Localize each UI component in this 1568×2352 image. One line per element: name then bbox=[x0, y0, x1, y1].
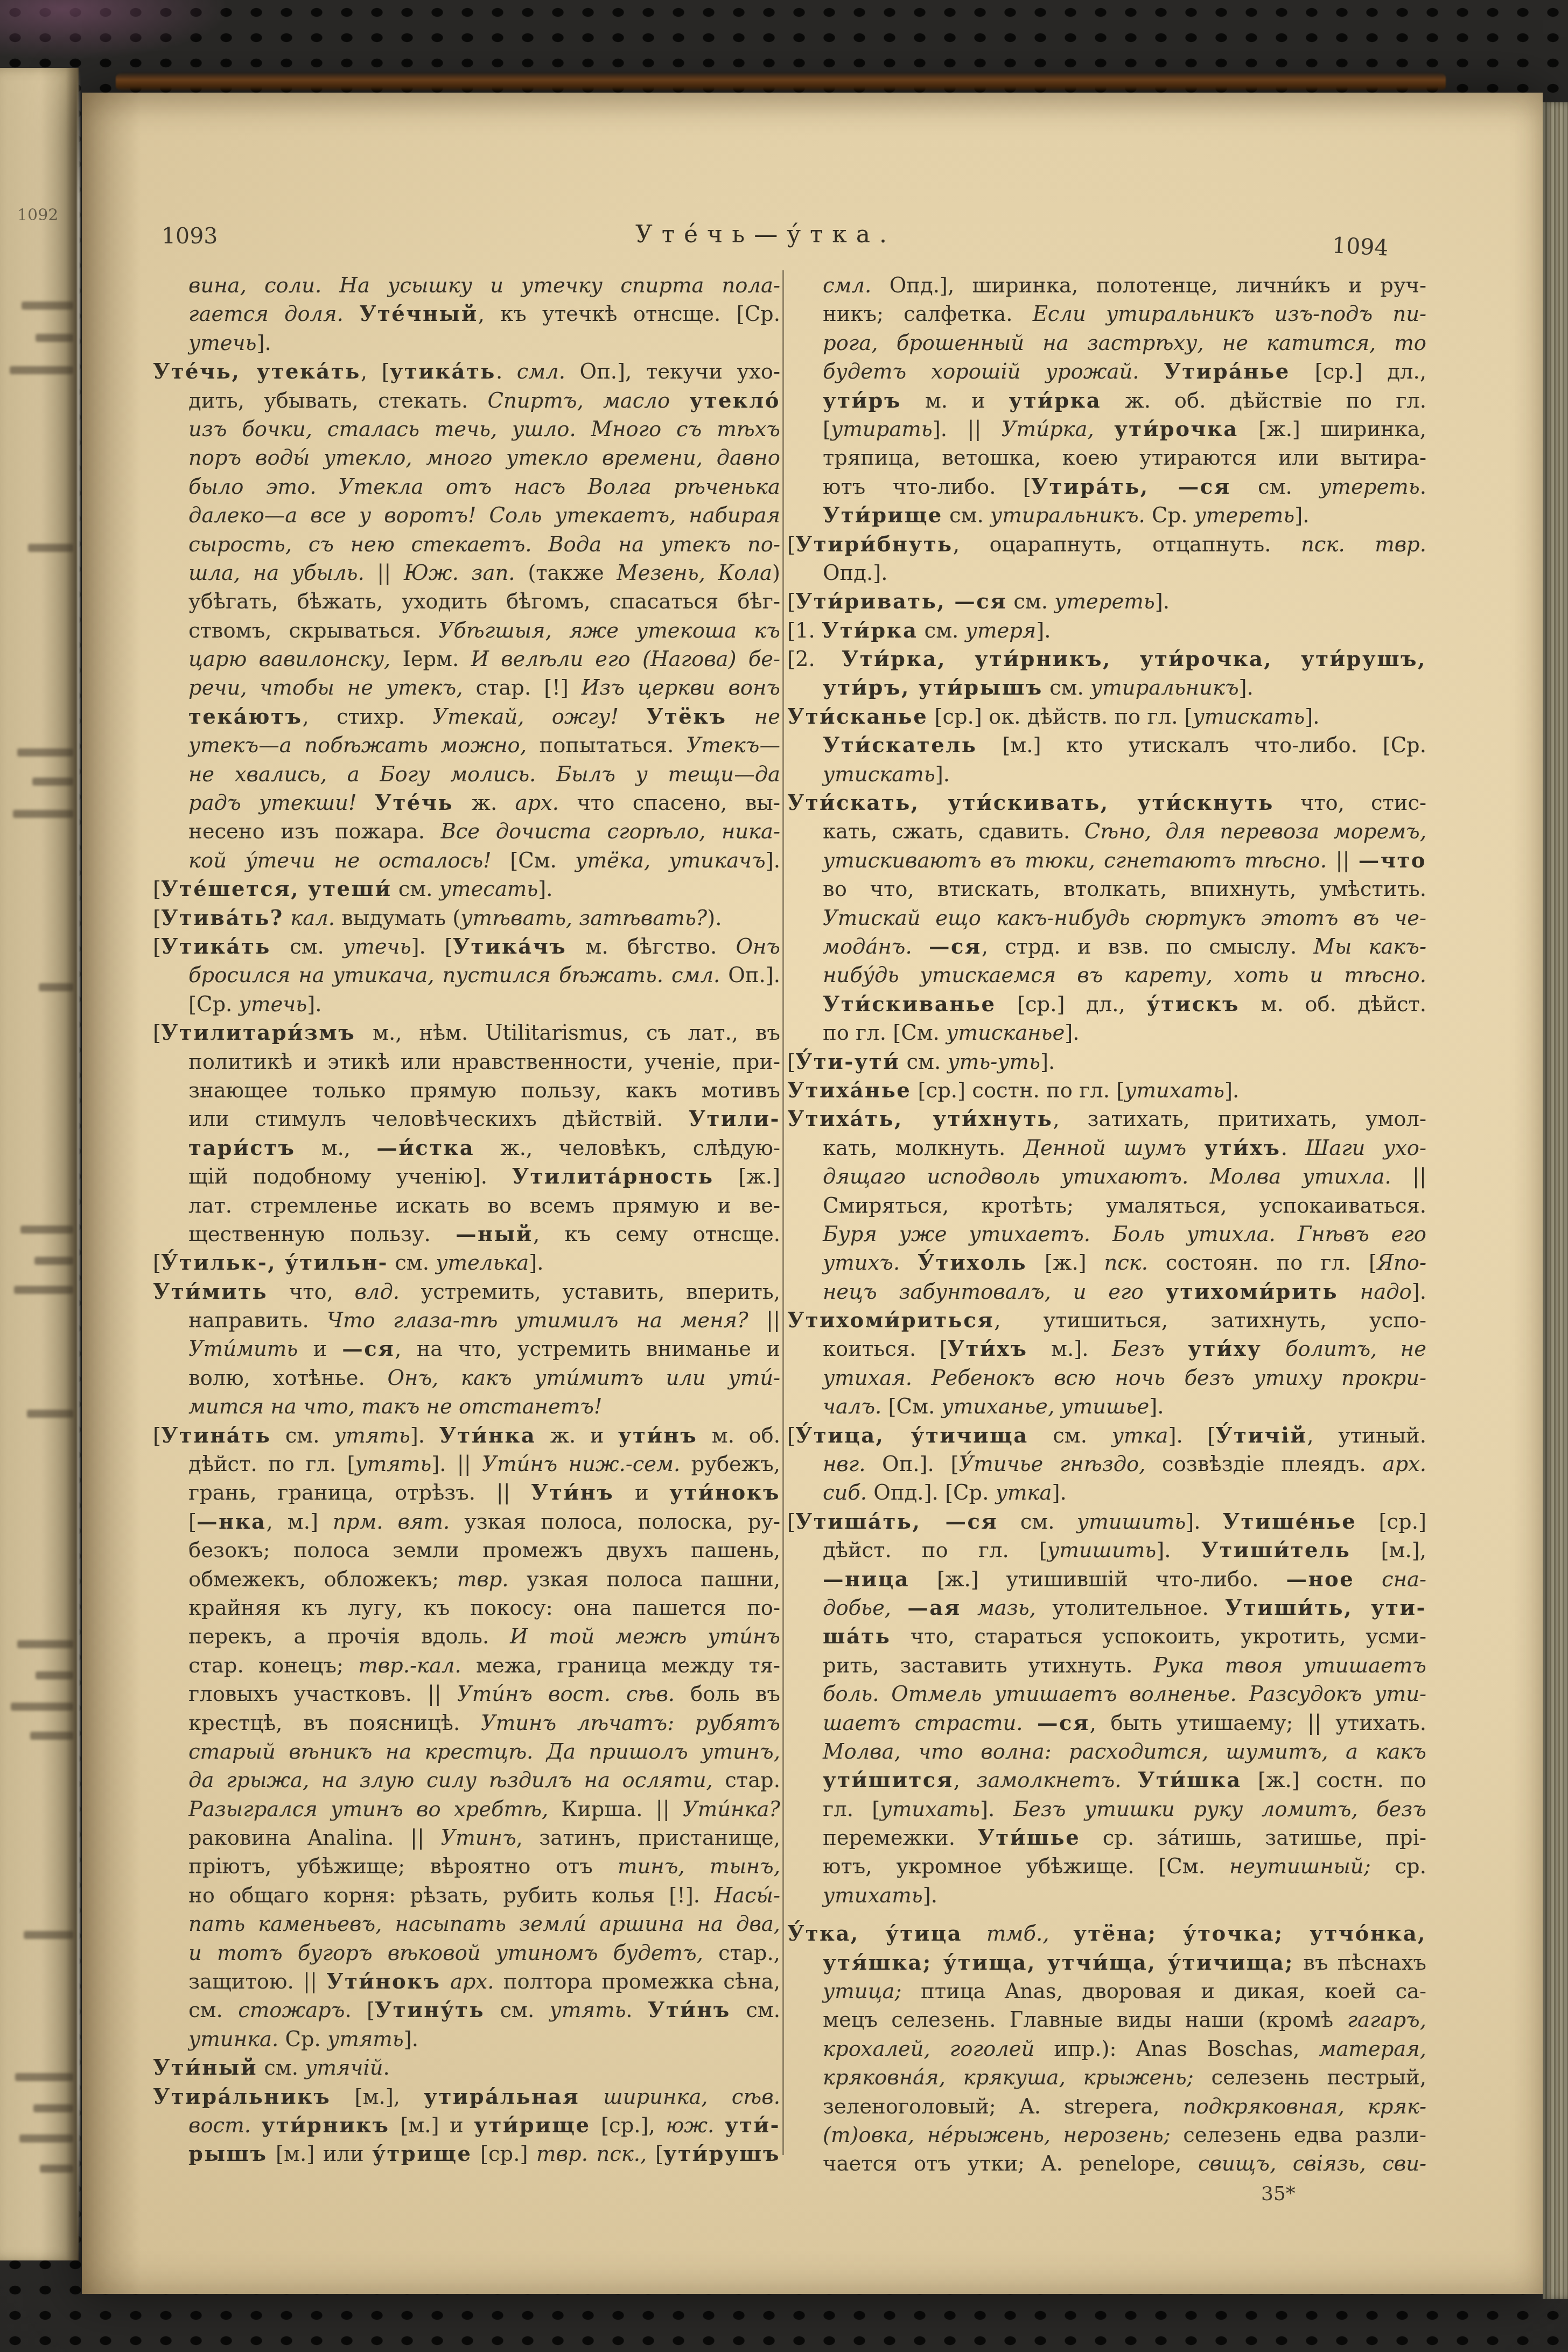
text-line: утя́шка; у́тища, утчи́ща, у́тичища; въ п… bbox=[787, 1949, 1426, 1977]
text-line: утинка. Ср. утять]. bbox=[153, 2025, 780, 2054]
text-line: гается доля. Уте́чный, къ утечкѣ отнсще.… bbox=[153, 300, 780, 328]
text-line: Ути́мить и —ся, на что, устремить вниман… bbox=[153, 1335, 780, 1363]
facing-page-edge: 1092 bbox=[0, 68, 79, 2260]
facing-page-smudge bbox=[32, 778, 73, 786]
text-line: [Утири́бнуть, оцарапнуть, отцапнуть. пск… bbox=[787, 530, 1426, 559]
leather-spine-edge bbox=[116, 72, 1446, 92]
text-line: крайняя къ лугу, къ покосу: она пашется … bbox=[153, 1594, 780, 1622]
text-line: Утира́льникъ [м.], утира́льная ширинка, … bbox=[153, 2083, 780, 2111]
text-line: вост. ути́рникъ [м.] и ути́рище [ср.], ю… bbox=[153, 2111, 780, 2140]
text-line: политикѣ и этикѣ или нравственности, уче… bbox=[153, 1048, 780, 1076]
text-line: тряпица, ветошка, коею утираются или выт… bbox=[787, 444, 1426, 472]
gutter-highlight bbox=[77, 69, 80, 2262]
text-line: сиб. Опд.]. [Ср. утка]. bbox=[787, 1479, 1426, 1507]
facing-page-smudge bbox=[10, 366, 73, 374]
facing-page-smudge bbox=[36, 1671, 73, 1679]
text-line: [Утива́ть? кал. выдумать (утѣвать, затѣв… bbox=[153, 904, 780, 933]
text-line: [1. Ути́рка см. утеря]. bbox=[787, 617, 1426, 645]
text-line: щій подобному ученію]. Утилита́рность [ж… bbox=[153, 1163, 780, 1191]
text-line: убѣгать, бѣжать, уходить бѣгомъ, спасать… bbox=[153, 587, 780, 616]
facing-page-smudge bbox=[39, 983, 73, 991]
facing-page-smudge bbox=[30, 1732, 73, 1740]
text-line: Ути́рище см. утиральникъ. Ср. утереть]. bbox=[787, 501, 1426, 530]
text-line: во что, втискать, втолкать, впихнуть, ум… bbox=[787, 875, 1426, 904]
text-line: дѣйст. по гл. [утишить]. Утиши́тель [м.]… bbox=[787, 1536, 1426, 1565]
facing-page-smudge bbox=[14, 1286, 73, 1294]
text-line: (т)овка, не́рыжень, нерозень; селезень е… bbox=[787, 2121, 1426, 2150]
facing-page-smudge bbox=[22, 302, 73, 310]
text-line: У́тка, у́тица тмб., утёна; у́точка; утчо… bbox=[787, 1920, 1426, 1948]
text-line: Ути́скать, ути́скивать, ути́скнуть что, … bbox=[787, 789, 1426, 817]
text-line: утихая. Ребенокъ всю ночь безъ утиху про… bbox=[787, 1364, 1426, 1392]
text-line: [Утина́ть см. утять]. Ути́нка ж. и ути́н… bbox=[153, 1422, 780, 1450]
text-line: Ути́сканье [ср.] ок. дѣйств. по гл. [ути… bbox=[787, 703, 1426, 731]
text-line: сырость, съ нею стекаетъ. Вода на утекъ … bbox=[153, 530, 780, 559]
text-line: дить, убывать, стекать. Спиртъ, масло ут… bbox=[153, 387, 780, 415]
text-line: раковина Analina. || Утинъ, затинъ, прис… bbox=[153, 1824, 780, 1852]
text-line: [Утика́ть см. утечь]. [Утика́чъ м. бѣгст… bbox=[153, 933, 780, 961]
text-line: дящаго исподволь утихаютъ. Молва утихла.… bbox=[787, 1163, 1426, 1191]
facing-page-smudge bbox=[15, 2073, 73, 2081]
text-line: ствомъ, скрываться. Убѣгшыя, яже утекоша… bbox=[153, 617, 780, 645]
text-line: далеко—а все у воротъ! Соль утекаетъ, на… bbox=[153, 501, 780, 530]
text-line: гловыхъ участковъ. || Ути́нъ вост. сѣв. … bbox=[153, 1680, 780, 1709]
text-line: тека́ютъ, стихр. Утекай, ожгу! Утёкъ не bbox=[153, 703, 780, 731]
text-line: бросился на утикача, пустился бѣжать. см… bbox=[153, 961, 780, 990]
facing-page-smudge bbox=[34, 1257, 73, 1265]
text-line: Утиха́ть, ути́хнуть, затихать, притихать… bbox=[787, 1105, 1426, 1133]
text-line: [2. Ути́рка, ути́рникъ, ути́рочка, ути́р… bbox=[787, 645, 1426, 674]
text-line: пріютъ, убѣжище; вѣроятно отъ тинъ, тынъ… bbox=[153, 1852, 780, 1881]
text-line: направить. Что глаза-тѣ утимилъ на меня?… bbox=[153, 1306, 780, 1335]
text-line: утекъ—а побѣжать можно, попытаться. Утек… bbox=[153, 731, 780, 760]
text-line: рышъ [м.] или у́трище [ср.] твр. пск., [… bbox=[153, 2140, 780, 2168]
facing-page-smudge bbox=[27, 1410, 73, 1418]
book-scan-scene: 1092 1093 Уте́чь—у́тка. 1094 вина, соли.… bbox=[0, 0, 1568, 2352]
text-line: нибу́дь утискаемся въ карету, хоть и тѣс… bbox=[787, 961, 1426, 990]
facing-page-smudge bbox=[28, 544, 73, 552]
text-line: кой у́течи не осталось! [См. утёка, утик… bbox=[153, 846, 780, 875]
facing-page-smudge bbox=[36, 334, 73, 342]
text-line: ша́ть что, стараться успокоить, укротить… bbox=[787, 1622, 1426, 1651]
column-divider-rule bbox=[782, 270, 784, 2155]
text-line: и тотъ бугоръ вѣковой утиномъ будетъ, ст… bbox=[153, 1939, 780, 1968]
facing-page-smudge bbox=[20, 1226, 73, 1234]
text-line: лат. стремленье искать во всемъ прямую и… bbox=[153, 1192, 780, 1220]
fore-edge-stripes bbox=[1543, 102, 1568, 2299]
text-line: см. стожаръ. [Утину́ть см. утять. Ути́нъ… bbox=[153, 1996, 780, 2025]
text-column-1093: вина, соли. На усышку и утечку спирта по… bbox=[153, 271, 780, 2169]
text-line: боль. Отмель утишаетъ волненье. Разсудок… bbox=[787, 1680, 1426, 1709]
text-line: тари́стъ м., —и́стка ж., человѣкъ, слѣду… bbox=[153, 1134, 780, 1163]
text-line: да грыжа, на злую силу ѣздилъ на осляти,… bbox=[153, 1766, 780, 1795]
facing-page-smudge bbox=[17, 748, 73, 757]
facing-page-smudge bbox=[19, 2134, 73, 2143]
text-line: Ути́скиванье [ср.] дл., у́тискъ м. об. д… bbox=[787, 990, 1426, 1019]
text-line: [У́ти-ути́ см. уть-уть]. bbox=[787, 1048, 1426, 1076]
text-line: стар. конецъ; твр.-кал. межа, граница ме… bbox=[153, 1651, 780, 1680]
facing-page-smudge bbox=[17, 1640, 73, 1648]
text-line: царю вавилонску, Іерм. И велѣли его (Наг… bbox=[153, 645, 780, 674]
text-line: Ути́ный см. утячій. bbox=[153, 2054, 780, 2082]
text-line: Утискай ещо какъ-нибудь сюртукъ этотъ въ… bbox=[787, 904, 1426, 933]
text-line: никъ; салфетка. Если утиральникъ изъ-под… bbox=[787, 300, 1426, 328]
text-line: перемежки. Ути́шье ср. за́тишь, затишье,… bbox=[787, 1824, 1426, 1852]
text-line: Молва, что волна: расходится, шумитъ, а … bbox=[787, 1738, 1426, 1766]
text-line: шла, на убыль. || Юж. зап. (также Мезень… bbox=[153, 559, 780, 587]
text-line: Смиряться, кротѣть; умаляться, успокаива… bbox=[787, 1192, 1426, 1220]
text-line: коиться. [Ути́хъ м.]. Безъ ути́ху болитъ… bbox=[787, 1335, 1426, 1363]
text-line: утечь]. bbox=[153, 329, 780, 358]
text-line: крохалей, гоголей ипр.): Anas Boschas, м… bbox=[787, 2035, 1426, 2063]
text-line: добье, —ая мазь, утолительное. Утиши́ть,… bbox=[787, 1594, 1426, 1622]
text-line: безокъ; полоса земли промежъ двухъ пашен… bbox=[153, 1536, 780, 1565]
text-line: рога, брошенный на застрѣху, не катится,… bbox=[787, 329, 1426, 358]
facing-page-smudge bbox=[11, 1703, 73, 1711]
text-line: или стимулъ человѣческихъ дѣйствій. Утил… bbox=[153, 1105, 780, 1133]
text-line: Ути́скатель [м.] кто утискалъ что-либо. … bbox=[787, 731, 1426, 760]
text-line: Уте́чь, утека́ть, [утика́ть. смл. Оп.], … bbox=[153, 358, 780, 386]
text-line: щественную пользу. —ный, къ сему отнсще. bbox=[153, 1220, 780, 1249]
text-line: зеленоголовый; A. strepera, подкряковная… bbox=[787, 2092, 1426, 2121]
text-line: Опд.]. bbox=[787, 559, 1426, 587]
text-line: чалъ. [См. утиханье, утишье]. bbox=[787, 1392, 1426, 1421]
text-line: несено изъ пожара. Все дочиста сгорѣло, … bbox=[153, 817, 780, 846]
text-line: защитою. || Ути́нокъ арх. полтора промеж… bbox=[153, 1968, 780, 1996]
facing-page-smudge bbox=[13, 810, 73, 818]
text-line: шаетъ страсти. —ся, быть утишаему; || ут… bbox=[787, 1709, 1426, 1738]
dictionary-page: 1093 Уте́чь—у́тка. 1094 вина, соли. На у… bbox=[82, 93, 1543, 2294]
text-line: кать, молкнуть. Денной шумъ ути́хъ. Шаги… bbox=[787, 1134, 1426, 1163]
text-line: смл. Опд.], ширинка, полотенце, лични́къ… bbox=[787, 271, 1426, 300]
text-line: речи, чтобы не утекъ, стар. [!] Изъ церк… bbox=[153, 674, 780, 702]
facing-page-smudge bbox=[24, 1931, 73, 1939]
text-line: обмежекъ, обложекъ; твр. узкая полоса па… bbox=[153, 1565, 780, 1594]
signature-mark: 35* bbox=[1261, 2183, 1296, 2205]
text-line: утихъ. У́тихоль [ж.] пск. состоян. по гл… bbox=[787, 1249, 1426, 1277]
text-line: ути́ръ м. и ути́рка ж. об. дѣйствіе по г… bbox=[787, 387, 1426, 415]
facing-page-smudge bbox=[40, 2165, 73, 2173]
text-line: рить, заставить утихнуть. Рука твоя утиш… bbox=[787, 1651, 1426, 1680]
text-line: [Утилитари́змъ м., нѣм. Utilitarismus, с… bbox=[153, 1019, 780, 1047]
text-line: [—нка, м.] прм. вят. узкая полоса, полос… bbox=[153, 1508, 780, 1536]
text-line: пать каменьевъ, насыпать земли́ аршина н… bbox=[153, 1910, 780, 1938]
text-line: Разыгрался утинъ во хребтѣ, Кирша. || Ут… bbox=[153, 1795, 780, 1824]
text-line: [У́тильк-, у́тильн- см. утелька]. bbox=[153, 1249, 780, 1277]
text-line: —ница [ж.] утишившій что-либо. —ное сна- bbox=[787, 1565, 1426, 1594]
text-line: кать, сжать, сдавить. Сѣно, для перевоза… bbox=[787, 817, 1426, 846]
text-line: утискиваютъ въ тюки, сгнетаютъ тѣсно. ||… bbox=[787, 846, 1426, 875]
text-line: [Ср. утечь]. bbox=[153, 990, 780, 1019]
page-number-right: 1094 bbox=[1332, 232, 1389, 261]
text-line: мится на что, такъ не отстанетъ! bbox=[153, 1392, 780, 1421]
text-line: старый вѣникъ на крестцѣ. Да пришолъ ути… bbox=[153, 1738, 780, 1766]
text-line: дѣйст. по гл. [утять]. || Ути́нъ ниж.-се… bbox=[153, 1450, 780, 1479]
text-line: [У́тица, у́тичища см. утка]. [У́тичій, у… bbox=[787, 1422, 1426, 1450]
text-line: перекъ, а прочія вдоль. И той межѣ ути́н… bbox=[153, 1622, 780, 1651]
text-line: Ути́мить что, влд. устремить, уставить, … bbox=[153, 1278, 780, 1306]
text-line: кряковна́я, крякуша, крыжень; селезень п… bbox=[787, 2063, 1426, 2092]
facing-page-smudge bbox=[33, 2104, 73, 2112]
text-line: грань, граница, отрѣзъ. || Ути́нъ и ути́… bbox=[153, 1479, 780, 1507]
text-line: [Утиша́ть, —ся см. утишить]. Утише́нье [… bbox=[787, 1508, 1426, 1536]
text-line: знающее только прямую пользу, какъ мотив… bbox=[153, 1076, 780, 1105]
text-line: вина, соли. На усышку и утечку спирта по… bbox=[153, 271, 780, 300]
text-line: волю, хотѣнье. Онъ, какъ ути́митъ или ут… bbox=[153, 1364, 780, 1392]
text-line: [Уте́шется, утеши́ см. утесать]. bbox=[153, 875, 780, 904]
text-line: Утиха́нье [ср.] состн. по гл. [утихать]. bbox=[787, 1076, 1426, 1105]
text-line: Буря уже утихаетъ. Боль утихла. Гнѣвъ ег… bbox=[787, 1220, 1426, 1249]
text-line: чается отъ утки; A. penelope, свищъ, сві… bbox=[787, 2150, 1426, 2178]
text-line: утискать]. bbox=[787, 760, 1426, 789]
text-line: крестцѣ, въ поясницѣ. Утинъ лѣчатъ: рубя… bbox=[153, 1709, 780, 1738]
text-line: было это. Утекла отъ насъ Волга рѣченька bbox=[153, 473, 780, 501]
text-column-1094: смл. Опд.], ширинка, полотенце, лични́къ… bbox=[787, 271, 1426, 2179]
text-line: по гл. [См. утисканье]. bbox=[787, 1019, 1426, 1047]
text-line: но общаго корня: рѣзать, рубить колья [!… bbox=[153, 1881, 780, 1910]
text-line: нвг. Оп.]. [У́тичье гнѣздо, созвѣздіе пл… bbox=[787, 1450, 1426, 1479]
running-title: Уте́чь—у́тка. bbox=[82, 221, 1450, 248]
text-line: поръ воды́ утекло, много утекло времени,… bbox=[153, 444, 780, 472]
text-line: радъ утекши! Уте́чь ж. арх. что спасено,… bbox=[153, 789, 780, 817]
text-line: гл. [утихать]. Безъ утишки руку ломитъ, … bbox=[787, 1795, 1426, 1824]
text-line: изъ бочки, сталась течь, ушло. Много съ … bbox=[153, 415, 780, 444]
text-line: Утихоми́риться, утишиться, затихнуть, ус… bbox=[787, 1306, 1426, 1335]
text-line: будетъ хорошій урожай. Утира́нье [ср.] д… bbox=[787, 358, 1426, 386]
text-line: нецъ забунтовалъ, и его утихоми́рить над… bbox=[787, 1278, 1426, 1306]
text-line: утихать]. bbox=[787, 1881, 1426, 1910]
text-line: [утирать]. || Ути́рка, ути́рочка [ж.] ши… bbox=[787, 415, 1426, 444]
facing-page-number: 1092 bbox=[17, 206, 58, 225]
text-line: мецъ селезень. Главные виды наши (кромѣ … bbox=[787, 2006, 1426, 2034]
text-line: ютъ, укромное убѣжище. [См. неутишный; с… bbox=[787, 1852, 1426, 1881]
text-line: утица; птица Anas, дворовая и дикая, кое… bbox=[787, 1977, 1426, 2006]
text-line: ути́шится, замолкнетъ. Ути́шка [ж.] сост… bbox=[787, 1766, 1426, 1795]
text-line: мода́нъ. —ся, стрд. и взв. по смыслу. Мы… bbox=[787, 933, 1426, 961]
cover-corner-shadow bbox=[0, 0, 226, 59]
text-line: не хвались, а Богу молись. Былъ у тещи—д… bbox=[153, 760, 780, 789]
text-line: [Ути́ривать, —ся см. утереть]. bbox=[787, 587, 1426, 616]
text-line: ути́ръ, ути́рышъ см. утиральникъ]. bbox=[787, 674, 1426, 702]
text-line: ютъ что-либо. [Утира́ть, —ся см. утереть… bbox=[787, 473, 1426, 501]
